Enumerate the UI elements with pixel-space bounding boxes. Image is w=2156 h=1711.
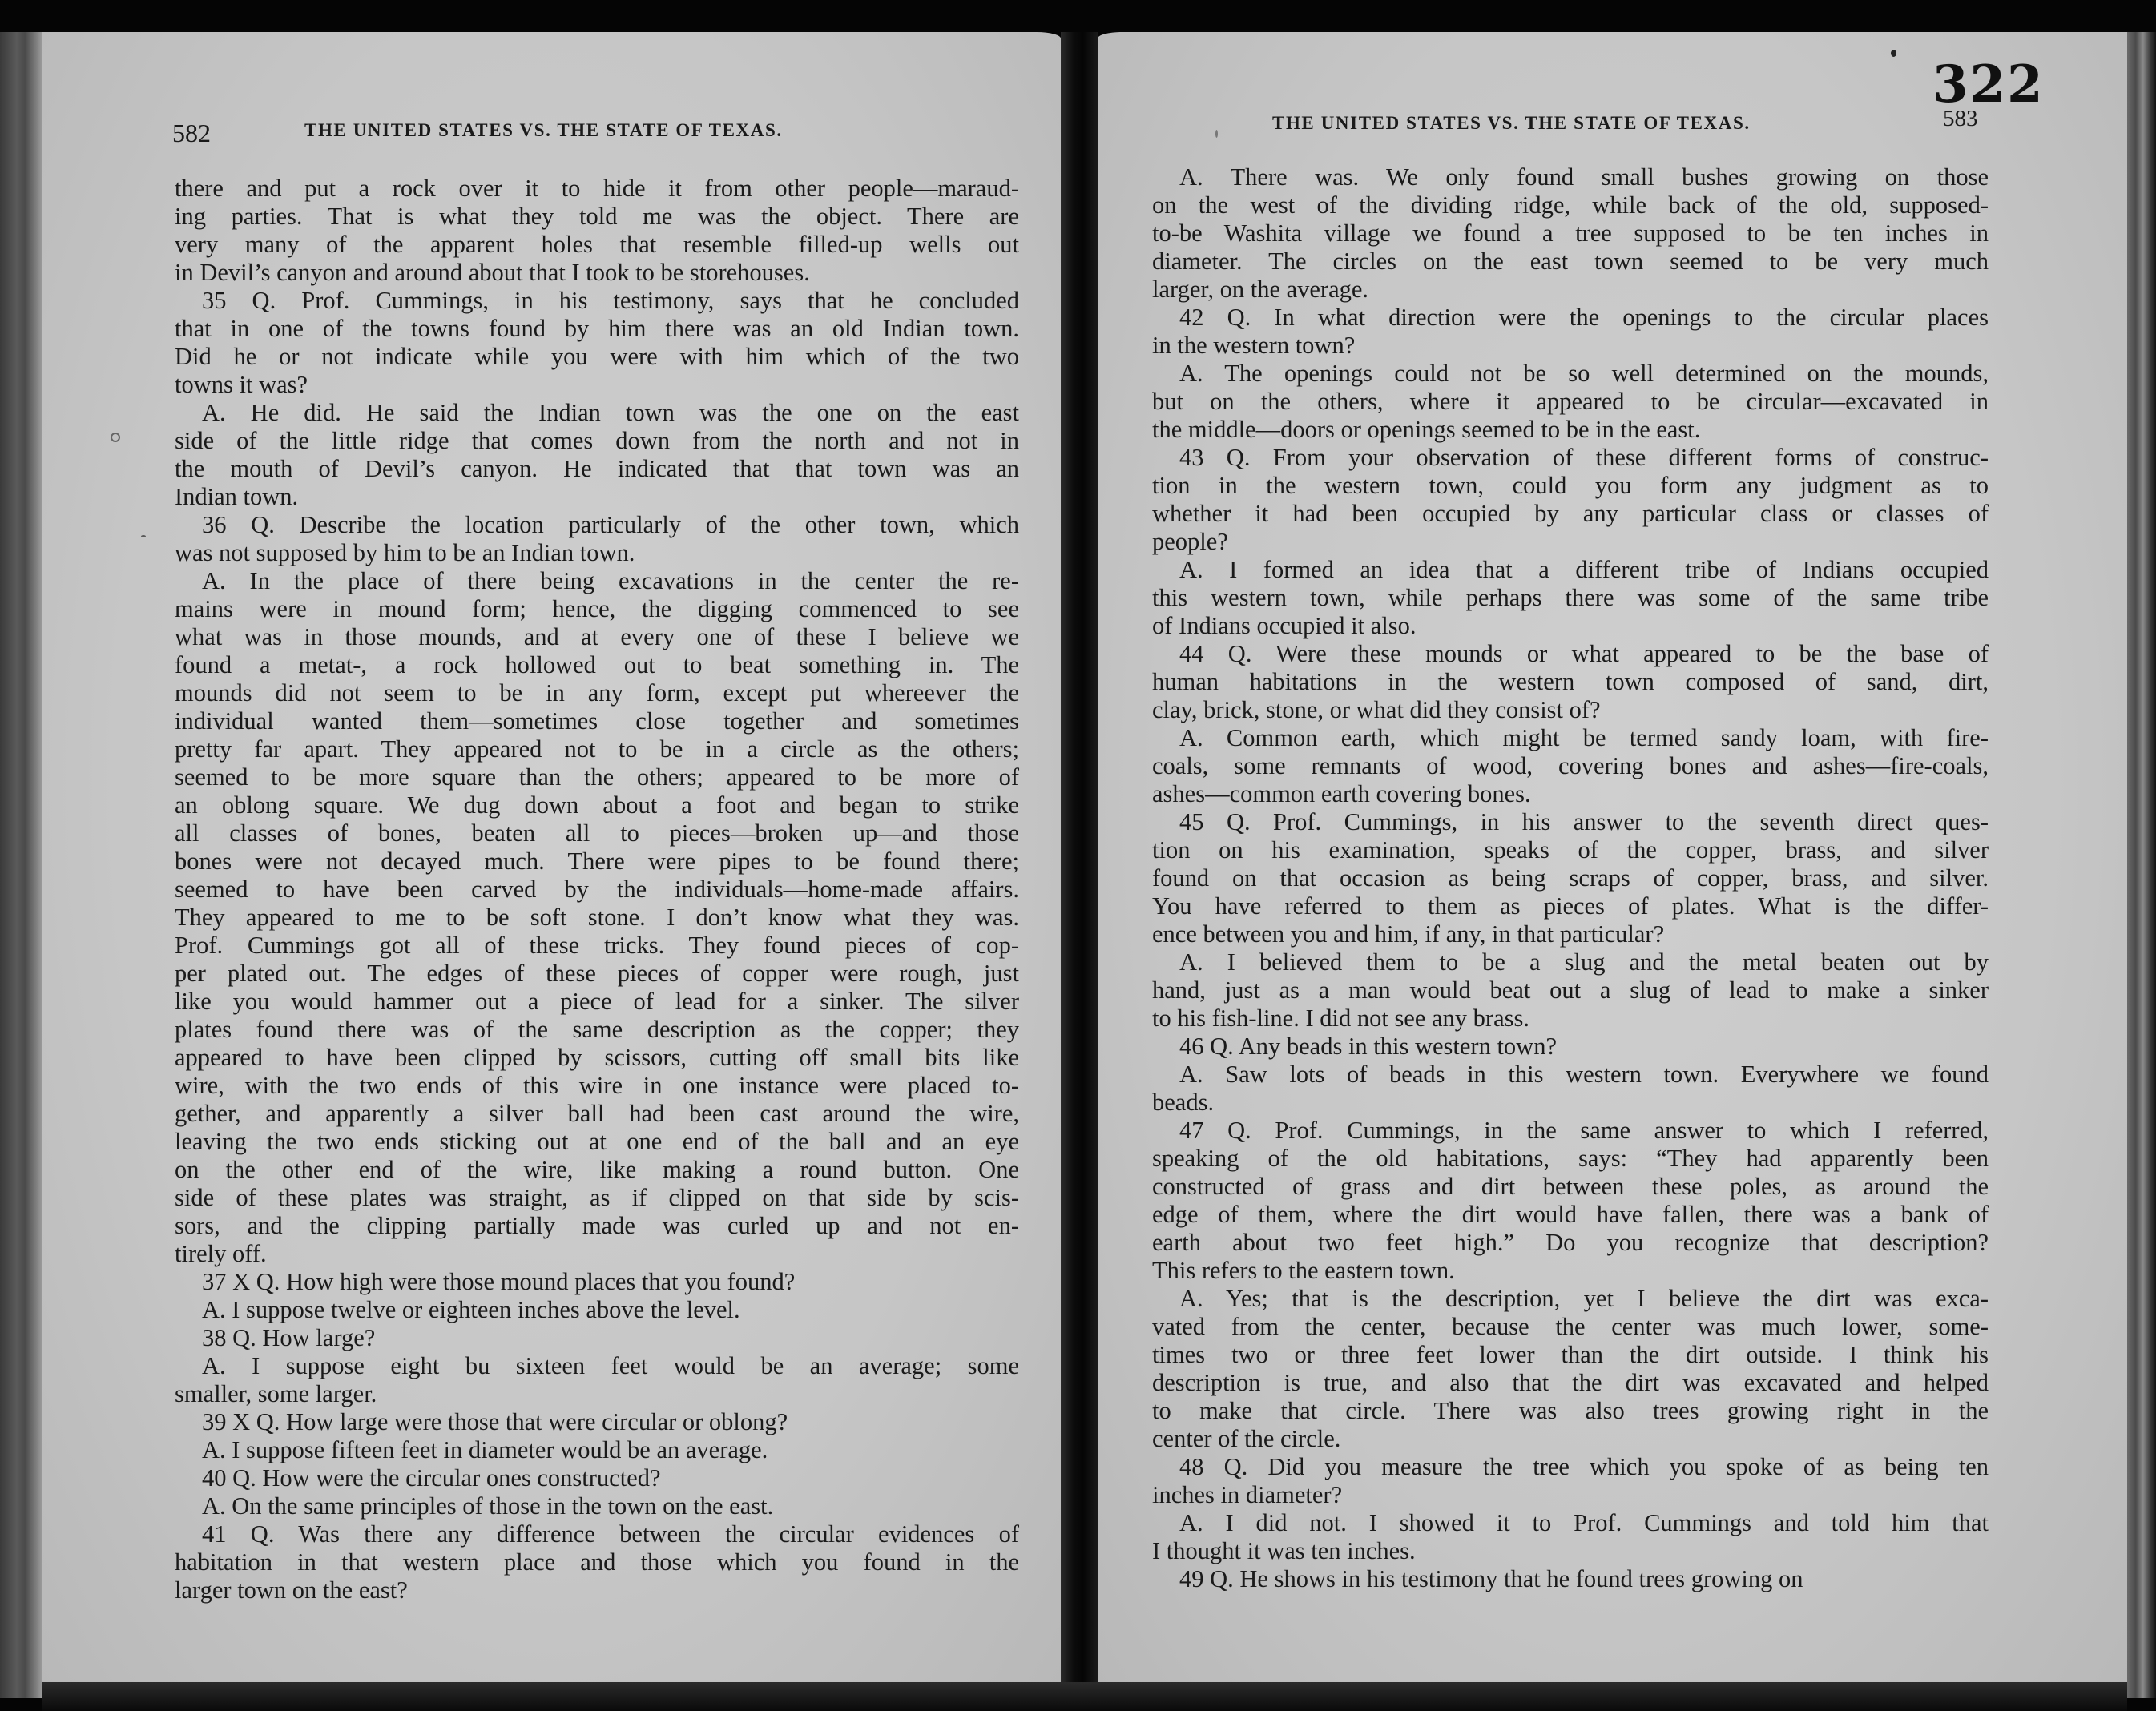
right-page-body: A. There was. We only found small bushes… xyxy=(1152,163,1989,1593)
testimony-paragraph: 45 Q. Prof. Cummings, in his answer to t… xyxy=(1152,808,1989,948)
text-line: to make that circle. There was also tree… xyxy=(1152,1397,1989,1425)
scan-speck xyxy=(111,433,120,442)
text-line: appeared to have been clipped by scissor… xyxy=(175,1044,1019,1072)
text-line: in the western town? xyxy=(1152,332,1989,360)
text-line: coals, some remnants of wood, covering b… xyxy=(1152,752,1989,780)
text-line: A. Saw lots of beads in this western tow… xyxy=(1152,1061,1989,1089)
testimony-paragraph: A. I did not. I showed it to Prof. Cummi… xyxy=(1152,1509,1989,1565)
text-line: 49 Q. He shows in his testimony that he … xyxy=(1152,1565,1989,1593)
text-line: mains were in mound form; hence, the dig… xyxy=(175,595,1019,623)
text-line: larger town on the east? xyxy=(175,1576,1019,1604)
text-line: 40 Q. How were the circular ones constru… xyxy=(175,1464,1019,1492)
text-line: ing parties. That is what they told me w… xyxy=(175,203,1019,231)
text-line: Prof. Cummings got all of these tricks. … xyxy=(175,932,1019,960)
text-line: people? xyxy=(1152,528,1989,556)
text-line: times two or three feet lower than the d… xyxy=(1152,1341,1989,1369)
text-line: human habitations in the western town co… xyxy=(1152,668,1989,696)
text-line: tion on his examination, speaks of the c… xyxy=(1152,836,1989,864)
text-line: Did he or not indicate while you were wi… xyxy=(175,343,1019,371)
text-line: 43 Q. From your observation of these dif… xyxy=(1152,444,1989,472)
text-line: speaking of the old habitations, says: “… xyxy=(1152,1145,1989,1173)
text-line: constructed of grass and dirt between th… xyxy=(1152,1173,1989,1201)
text-line: side of the little ridge that comes down… xyxy=(175,427,1019,455)
text-line: plates found there was of the same descr… xyxy=(175,1016,1019,1044)
text-line: wire, with the two ends of this wire in … xyxy=(175,1072,1019,1100)
testimony-paragraph: 49 Q. He shows in his testimony that he … xyxy=(1152,1565,1989,1593)
right-page-number: 583 xyxy=(1943,106,1978,132)
testimony-paragraph: 47 Q. Prof. Cummings, in the same answer… xyxy=(1152,1117,1989,1285)
text-line: 45 Q. Prof. Cummings, in his answer to t… xyxy=(1152,808,1989,836)
testimony-paragraph: A. The openings could not be so well det… xyxy=(1152,360,1989,444)
testimony-paragraph: A. There was. We only found small bushes… xyxy=(1152,163,1989,304)
text-line: A. I suppose twelve or eighteen inches a… xyxy=(175,1296,1019,1324)
text-line: I thought it was ten inches. xyxy=(1152,1537,1989,1565)
text-line: towns it was? xyxy=(175,371,1019,399)
left-page-number: 582 xyxy=(172,119,211,148)
text-line: the mouth of Devil’s canyon. He indicate… xyxy=(175,455,1019,483)
text-line: This refers to the eastern town. xyxy=(1152,1257,1989,1285)
text-line: You have referred to them as pieces of p… xyxy=(1152,892,1989,920)
text-line: hand, just as a man would beat out a slu… xyxy=(1152,976,1989,1004)
testimony-paragraph: 40 Q. How were the circular ones constru… xyxy=(175,1464,1019,1492)
testimony-paragraph: there and put a rock over it to hide it … xyxy=(175,175,1019,287)
testimony-paragraph: A. I suppose twelve or eighteen inches a… xyxy=(175,1296,1019,1324)
testimony-paragraph: A. I suppose fifteen feet in diameter wo… xyxy=(175,1436,1019,1464)
testimony-paragraph: 36 Q. Describe the location particularly… xyxy=(175,511,1019,567)
book-gutter xyxy=(1061,32,1098,1698)
testimony-paragraph: 35 Q. Prof. Cummings, in his testimony, … xyxy=(175,287,1019,399)
text-line: 35 Q. Prof. Cummings, in his testimony, … xyxy=(175,287,1019,315)
text-line: 39 X Q. How large were those that were c… xyxy=(175,1408,1019,1436)
text-line: 38 Q. How large? xyxy=(175,1324,1019,1352)
text-line: that in one of the towns found by him th… xyxy=(175,315,1019,343)
testimony-paragraph: A. I suppose eight bu sixteen feet would… xyxy=(175,1352,1019,1408)
testimony-paragraph: 44 Q. Were these mounds or what appeared… xyxy=(1152,640,1989,724)
scan-speck xyxy=(141,535,146,537)
text-line: tirely off. xyxy=(175,1240,1019,1268)
testimony-paragraph: 43 Q. From your observation of these dif… xyxy=(1152,444,1989,556)
text-line: They appeared to me to be soft stone. I … xyxy=(175,904,1019,932)
text-line: A. I suppose eight bu sixteen feet would… xyxy=(175,1352,1019,1380)
text-line: 47 Q. Prof. Cummings, in the same answer… xyxy=(1152,1117,1989,1145)
text-line: clay, brick, stone, or what did they con… xyxy=(1152,696,1989,724)
bottom-shadow xyxy=(42,1682,2127,1711)
text-line: sors, and the clipping partially made wa… xyxy=(175,1212,1019,1240)
text-line: edge of them, where the dirt would have … xyxy=(1152,1201,1989,1229)
text-line: vated from the center, because the cente… xyxy=(1152,1313,1989,1341)
testimony-paragraph: A. Yes; that is the description, yet I b… xyxy=(1152,1285,1989,1453)
book-edge-right xyxy=(2127,32,2156,1698)
text-line: side of these plates was straight, as if… xyxy=(175,1184,1019,1212)
text-line: per plated out. The edges of these piece… xyxy=(175,960,1019,988)
text-line: individual wanted them—sometimes close t… xyxy=(175,707,1019,735)
testimony-paragraph: 42 Q. In what direction were the opening… xyxy=(1152,304,1989,360)
text-line: A. I did not. I showed it to Prof. Cummi… xyxy=(1152,1509,1989,1537)
text-line: A. I believed them to be a slug and the … xyxy=(1152,948,1989,976)
text-line: A. I formed an idea that a different tri… xyxy=(1152,556,1989,584)
right-running-head: THE UNITED STATES VS. THE STATE OF TEXAS… xyxy=(1272,113,1751,134)
text-line: found a metat-, a rock hollowed out to b… xyxy=(175,651,1019,679)
text-line: what was in those mounds, and at every o… xyxy=(175,623,1019,651)
text-line: mounds did not seem to be in any form, e… xyxy=(175,679,1019,707)
book-edge-left xyxy=(0,32,42,1698)
text-line: pretty far apart. They appeared not to b… xyxy=(175,735,1019,763)
text-line: A. He did. He said the Indian town was t… xyxy=(175,399,1019,427)
text-line: 48 Q. Did you measure the tree which you… xyxy=(1152,1453,1989,1481)
text-line: bones were not decayed much. There were … xyxy=(175,847,1019,876)
text-line: beads. xyxy=(1152,1089,1989,1117)
text-line: whether it had been occupied by any part… xyxy=(1152,500,1989,528)
testimony-paragraph: 38 Q. How large? xyxy=(175,1324,1019,1352)
text-line: A. The openings could not be so well det… xyxy=(1152,360,1989,388)
text-line: but on the others, where it appeared to … xyxy=(1152,388,1989,416)
text-line: smaller, some larger. xyxy=(175,1380,1019,1408)
text-line: A. In the place of there being excavatio… xyxy=(175,567,1019,595)
text-line: 46 Q. Any beads in this western town? xyxy=(1152,1033,1989,1061)
text-line: diameter. The circles on the east town s… xyxy=(1152,248,1989,276)
testimony-paragraph: A. He did. He said the Indian town was t… xyxy=(175,399,1019,511)
testimony-paragraph: A. I formed an idea that a different tri… xyxy=(1152,556,1989,640)
text-line: an oblong square. We dug down about a fo… xyxy=(175,791,1019,819)
text-line: A. On the same principles of those in th… xyxy=(175,1492,1019,1520)
text-line: habitation in that western place and tho… xyxy=(175,1548,1019,1576)
scan-speck xyxy=(1215,130,1218,138)
text-line: found on that occasion as being scraps o… xyxy=(1152,864,1989,892)
testimony-paragraph: A. In the place of there being excavatio… xyxy=(175,567,1019,1268)
testimony-paragraph: A. On the same principles of those in th… xyxy=(175,1492,1019,1520)
text-line: leaving the two ends sticking out at one… xyxy=(175,1128,1019,1156)
testimony-paragraph: 37 X Q. How high were those mound places… xyxy=(175,1268,1019,1296)
text-line: ashes—common earth covering bones. xyxy=(1152,780,1989,808)
text-line: on the other end of the wire, like makin… xyxy=(175,1156,1019,1184)
testimony-paragraph: A. Common earth, which might be termed s… xyxy=(1152,724,1989,808)
testimony-paragraph: 48 Q. Did you measure the tree which you… xyxy=(1152,1453,1989,1509)
text-line: in Devil’s canyon and around about that … xyxy=(175,259,1019,287)
text-line: this western town, while perhaps there w… xyxy=(1152,584,1989,612)
text-line: larger, on the average. xyxy=(1152,276,1989,304)
text-line: A. There was. We only found small bushes… xyxy=(1152,163,1989,191)
text-line: was not supposed by him to be an Indian … xyxy=(175,539,1019,567)
text-line: very many of the apparent holes that res… xyxy=(175,231,1019,259)
text-line: like you would hammer out a piece of lea… xyxy=(175,988,1019,1016)
text-line: 37 X Q. How high were those mound places… xyxy=(175,1268,1019,1296)
text-line: all classes of bones, beaten all to piec… xyxy=(175,819,1019,847)
text-line: 36 Q. Describe the location particularly… xyxy=(175,511,1019,539)
text-line: tion in the western town, could you form… xyxy=(1152,472,1989,500)
text-line: ence between you and him, if any, in tha… xyxy=(1152,920,1989,948)
testimony-paragraph: 41 Q. Was there any difference between t… xyxy=(175,1520,1019,1604)
text-line: on the west of the dividing ridge, while… xyxy=(1152,191,1989,219)
text-line: to-be Washita village we found a tree su… xyxy=(1152,219,1989,248)
testimony-paragraph: A. Saw lots of beads in this western tow… xyxy=(1152,1061,1989,1117)
scan-speck xyxy=(1891,50,1896,57)
text-line: Indian town. xyxy=(175,483,1019,511)
text-line: 42 Q. In what direction were the opening… xyxy=(1152,304,1989,332)
testimony-paragraph: 39 X Q. How large were those that were c… xyxy=(175,1408,1019,1436)
text-line: to his fish-line. I did not see any bras… xyxy=(1152,1004,1989,1033)
text-line: 44 Q. Were these mounds or what appeared… xyxy=(1152,640,1989,668)
left-running-head: THE UNITED STATES VS. THE STATE OF TEXAS… xyxy=(304,120,783,141)
text-line: seemed to be more square than the others… xyxy=(175,763,1019,791)
testimony-paragraph: A. I believed them to be a slug and the … xyxy=(1152,948,1989,1033)
text-line: gether, and apparently a silver ball had… xyxy=(175,1100,1019,1128)
text-line: earth about two feet high.” Do you recog… xyxy=(1152,1229,1989,1257)
text-line: there and put a rock over it to hide it … xyxy=(175,175,1019,203)
text-line: A. Common earth, which might be termed s… xyxy=(1152,724,1989,752)
left-page-body: there and put a rock over it to hide it … xyxy=(175,175,1019,1604)
text-line: center of the circle. xyxy=(1152,1425,1989,1453)
text-line: A. I suppose fifteen feet in diameter wo… xyxy=(175,1436,1019,1464)
text-line: description is true, and also that the d… xyxy=(1152,1369,1989,1397)
text-line: seemed to have been carved by the indivi… xyxy=(175,876,1019,904)
text-line: 41 Q. Was there any difference between t… xyxy=(175,1520,1019,1548)
testimony-paragraph: 46 Q. Any beads in this western town? xyxy=(1152,1033,1989,1061)
text-line: the middle—doors or openings seemed to b… xyxy=(1152,416,1989,444)
text-line: of Indians occupied it also. xyxy=(1152,612,1989,640)
text-line: inches in diameter? xyxy=(1152,1481,1989,1509)
text-line: A. Yes; that is the description, yet I b… xyxy=(1152,1285,1989,1313)
